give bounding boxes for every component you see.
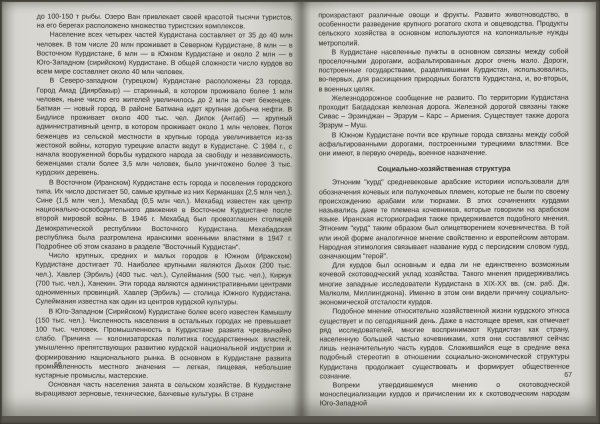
- paragraph: Основная часть населения занята в сельск…: [35, 381, 291, 401]
- paragraph: Железнодорожное сообщение не развито. По…: [319, 93, 569, 131]
- paragraph: В Восточном (Иранском) Курдистане есть г…: [36, 178, 292, 253]
- paragraph: В Южном Курдистане почти все крупные гор…: [319, 130, 569, 158]
- paragraph: Этноним "курд" средневековые арабские ис…: [319, 178, 569, 262]
- paragraph: В Юго-Западном (Сирийском) Курдистане бо…: [35, 307, 291, 382]
- book-spread: до 100-150 т рыбы. Озеро Ван привлекает …: [2, 2, 596, 416]
- paragraph: до 100-150 т рыбы. Озеро Ван привлекает …: [37, 12, 293, 32]
- paragraph: В Курдистане населенные пункты в основно…: [318, 47, 568, 94]
- right-page: произрастают различные овощи и фрукты. Р…: [300, 2, 596, 416]
- paragraph: произрастают различные овощи и фрукты. Р…: [318, 11, 568, 49]
- paragraph: Число крупных, средних и малых городов в…: [35, 252, 291, 308]
- right-page-bottom-paragraphs: Этноним "курд" средневековые арабские ис…: [319, 178, 570, 409]
- right-page-number: 67: [564, 372, 572, 379]
- paragraph: Подобное мнение относительно хозяйственн…: [319, 307, 569, 381]
- paragraph: Население всех четырех частей Курдистана…: [36, 31, 292, 78]
- paragraph: Для курдов был основным и едва ли не еди…: [319, 261, 569, 308]
- left-page-number: 66: [54, 362, 62, 369]
- left-page-text: до 100-150 т рыбы. Озеро Ван привлекает …: [35, 12, 293, 365]
- paragraph: В Северо-западном (турецком) Курдистане …: [36, 77, 292, 179]
- section-heading: Социально-хозяйственная структура: [319, 164, 569, 174]
- paragraph: Вопреки утвердившемуся мнению о скотовод…: [320, 380, 570, 408]
- right-page-text: произрастают различные овощи и фрукты. Р…: [318, 11, 569, 384]
- right-page-top-paragraphs: произрастают различные овощи и фрукты. Р…: [318, 11, 569, 159]
- left-page: до 100-150 т рыбы. Озеро Ван привлекает …: [2, 2, 300, 416]
